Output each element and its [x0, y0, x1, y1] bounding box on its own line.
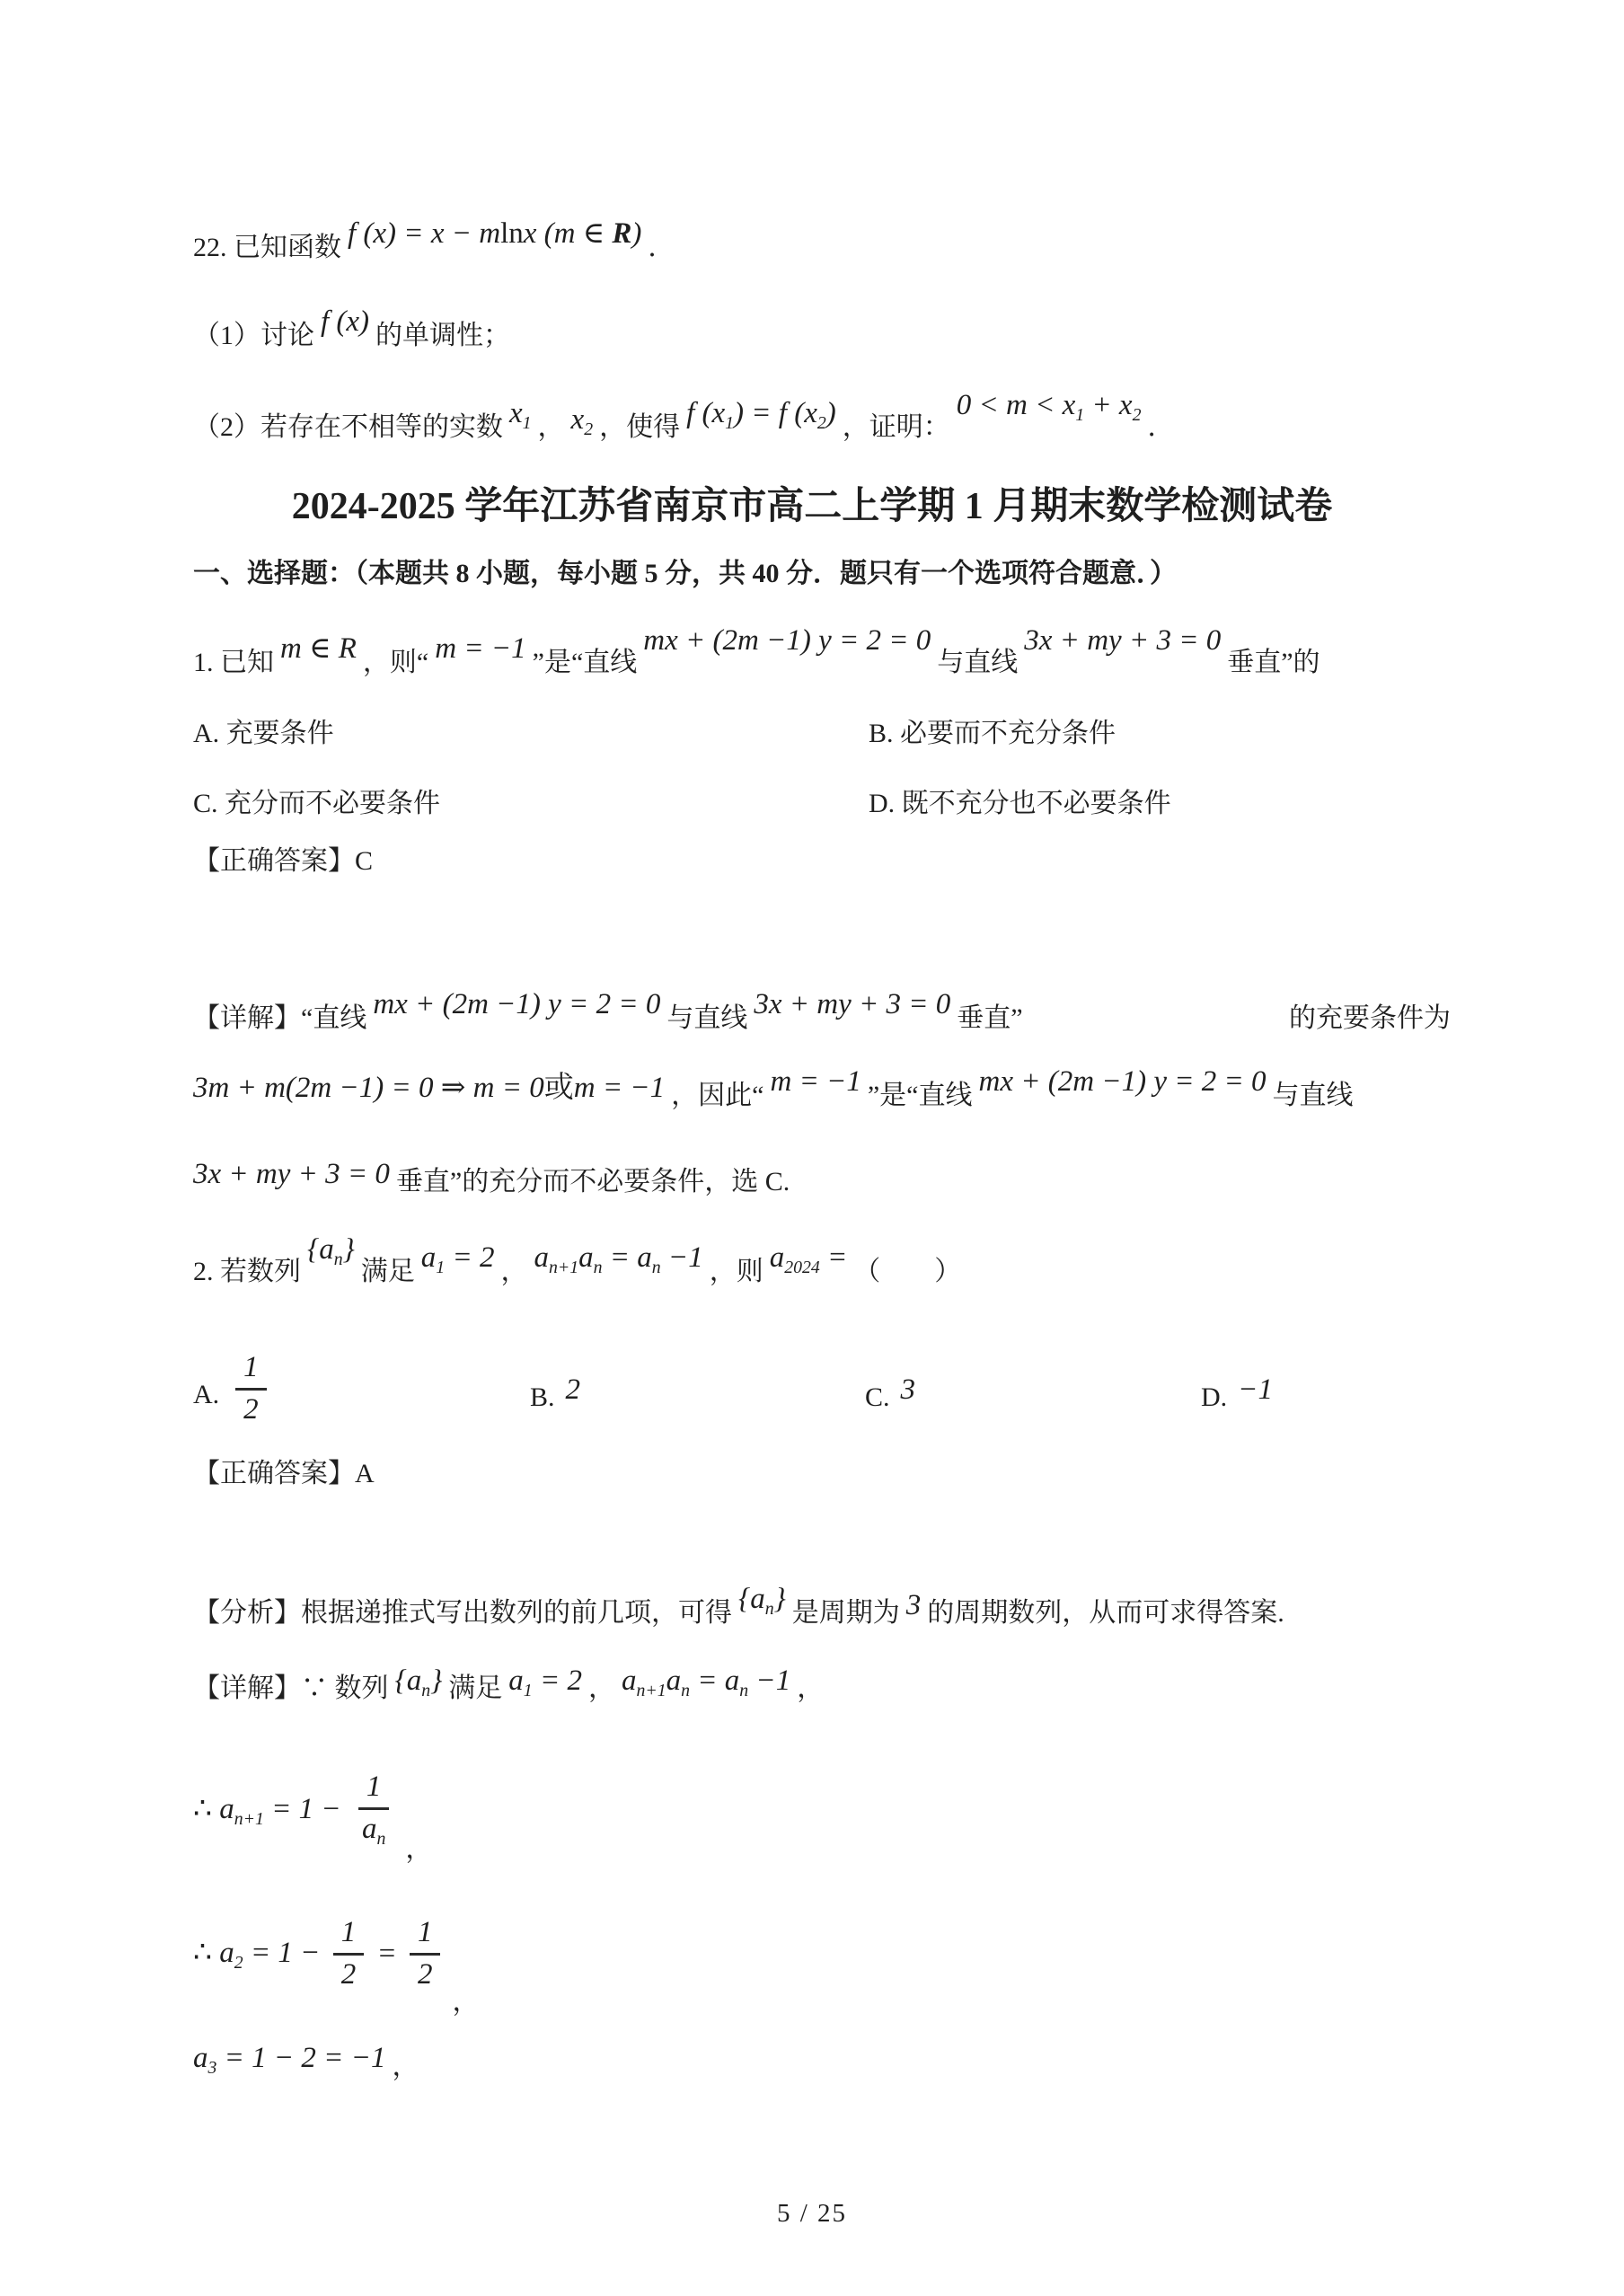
q1-solution-l2a: ，因此“ — [671, 1081, 763, 1110]
q2-analysis-line: 【分析】根据递推式写出数列的前几项，可得{an}是周期为3的周期数列，从而可求得… — [193, 1592, 1451, 1636]
q2-option-b-label: B. — [530, 1382, 555, 1412]
q1-tail: 垂直”的 — [1227, 648, 1319, 677]
q2-answer-label: 【正确答案】 — [193, 1459, 355, 1488]
q1-mid1: ，则“ — [363, 648, 428, 677]
formula-option-b-2: 2 — [566, 1369, 581, 1410]
q1-answer-line: 【正确答案】C — [193, 843, 1451, 880]
q1-option-a: A. 充要条件 — [193, 715, 334, 753]
q2-option-d-label: D. — [1201, 1382, 1227, 1412]
q22-part2-text: （2）若存在不相等的实数 — [193, 412, 503, 442]
formula-line1-repeat: mx + (2m −1) y = 2 = 0 — [373, 984, 660, 1025]
q1-option-c: C. 充分而不必要条件 — [193, 785, 440, 823]
formula-x1: x1 — [509, 393, 532, 437]
q1-solution-line-1: 【详解】“直线mx + (2m −1) y = 2 = 0与直线3x + my … — [193, 997, 1451, 1038]
formula-period-3: 3 — [906, 1585, 922, 1626]
q2-analysis-mid: 是周期为 — [792, 1598, 900, 1628]
q2-comma: ， — [500, 1257, 527, 1286]
q2-mid1: 满足 — [361, 1257, 415, 1286]
formula-a1-equals-2-repeat: a1 = 2 — [508, 1660, 582, 1704]
formula-line1-repeat2: mx + (2m −1) y = 2 = 0 — [979, 1061, 1267, 1102]
q2-option-b: B.2 — [530, 1376, 587, 1417]
q1-mid2: ”是“直线 — [533, 648, 638, 677]
q1-option-b: B. 必要而不充分条件 — [869, 715, 1116, 753]
q1-solution-mid: 与直线 — [666, 1000, 747, 1038]
q2-mid2: ，则 — [710, 1257, 763, 1286]
q2-analysis-pre: 【分析】根据递推式写出数列的前几项，可得 — [193, 1598, 732, 1628]
q2-step-line-2: ∴ a2 = 1 − 12 = 12 ， — [193, 1886, 1451, 2021]
q2-options-row: A.12 B.2 C.3 D.−1 — [193, 1376, 1451, 1457]
q1-solution-post: 垂直” — [957, 1000, 1022, 1038]
q1-solution-l2c: 与直线 — [1273, 1081, 1354, 1110]
formula-recurrence-repeat: an+1an = an −1 — [622, 1660, 790, 1704]
q2-detail-mid: 满足 — [448, 1673, 502, 1703]
formula-q22-function-definition: f (x) = x − mlnx (m ∈ R) — [348, 213, 641, 254]
q22-part2-mid: ，使得 — [599, 412, 680, 442]
q22-part1-text: （1）讨论 — [193, 321, 314, 350]
q2-stem-line: 2. 若数列{an}满足a1 = 2，an+1an = an −1，则a2024… — [193, 1250, 1451, 1294]
q2-detail-comma: ， — [588, 1673, 615, 1703]
q22-part1-tail: 的单调性； — [375, 321, 510, 350]
q2-analysis-post: 的周期数列，从而可求得答案. — [927, 1598, 1284, 1628]
formula-a2-value: ∴ a2 = 1 − 12 = 12 — [193, 1916, 446, 1992]
q2-step1-comma: ， — [405, 1831, 432, 1868]
formula-line2: 3x + my + 3 = 0 — [1024, 620, 1221, 661]
formula-line2-repeat: 3x + my + 3 = 0 — [754, 984, 950, 1025]
q1-answer-label: 【正确答案】 — [193, 846, 355, 876]
q2-detail-pre: 【详解】∵ 数列 — [193, 1673, 389, 1703]
q1-mid3: 与直线 — [937, 648, 1018, 677]
q22-part2-comma: ， — [538, 412, 565, 442]
q1-answer-value: C — [355, 846, 373, 876]
q1-solution-right-text: 的充要条件为 — [1289, 1000, 1451, 1038]
q22-part2-line: （2）若存在不相等的实数x1，x2，使得f (x1) = f (x2)，证明：0… — [193, 406, 1451, 450]
q1-solution-l2b: ”是“直线 — [868, 1081, 973, 1110]
formula-sequence-an: {an} — [307, 1229, 355, 1273]
q1-solution-conclusion: 垂直”的充分而不必要条件，选 C. — [396, 1167, 790, 1197]
q2-step-line-1: ∴ an+1 = 1 − 1an ， — [193, 1752, 1451, 1868]
formula-fx1-equals-fx2: f (x1) = f (x2) — [686, 393, 836, 437]
formula-a1-equals-2: a1 = 2 — [421, 1237, 495, 1281]
formula-m-equals-neg1: m = −1 — [435, 628, 525, 669]
q1-solution-pre: 【详解】“直线 — [193, 1000, 366, 1038]
q22-part1-line: （1）讨论f (x)的单调性； — [193, 314, 1451, 356]
q2-answer-value: A — [355, 1459, 375, 1488]
formula-a3-value: a3 = 1 − 2 = −1 — [193, 2037, 385, 2081]
q2-detail-end: ， — [797, 1673, 824, 1703]
formula-recurrence: an+1an = an −1 — [534, 1237, 702, 1281]
q2-option-c: C.3 — [865, 1376, 922, 1417]
q1-solution-line-2: 3m + m(2m −1) = 0 ⇒ m = 0或m = −1，因此“m = … — [193, 1074, 1451, 1116]
q2-step3-comma: ， — [392, 2048, 419, 2086]
formula-option-a-half: 12 — [230, 1351, 272, 1427]
formula-inequality: 0 < m < x1 + x2 — [957, 384, 1142, 428]
q1-options-row-1: A. 充要条件 B. 必要而不充分条件 — [193, 715, 1451, 760]
q2-step-line-3: a3 = 1 − 2 = −1 ， — [193, 2032, 1451, 2086]
q22-number-text: 22. 已知函数 — [193, 233, 341, 262]
q2-answer-paren: （ ） — [853, 1257, 961, 1286]
q1-number-text: 1. 已知 — [193, 648, 274, 677]
q2-option-a-label: A. — [193, 1380, 219, 1409]
formula-m-in-R: m ∈ R — [280, 628, 357, 669]
q2-option-a: A.12 — [193, 1376, 278, 1454]
formula-option-c-3: 3 — [901, 1369, 916, 1410]
q22-part2-period: ． — [1147, 412, 1174, 442]
q22-stem-line: 22. 已知函数f (x) = x − mlnx (m ∈ R)． — [193, 226, 1451, 268]
q2-detail-line: 【详解】∵ 数列{an}满足a1 = 2，an+1an = an −1， — [193, 1667, 1451, 1711]
q1-option-d: D. 既不充分也不必要条件 — [869, 785, 1171, 823]
formula-an-plus-1: ∴ an+1 = 1 − 1an — [193, 1771, 399, 1850]
q2-option-c-label: C. — [865, 1382, 890, 1412]
q1-stem-line: 1. 已知m ∈ R，则“m = −1”是“直线mx + (2m −1) y =… — [193, 641, 1451, 683]
q22-part2-prove: ，证明： — [843, 412, 950, 442]
formula-fx: f (x) — [321, 301, 369, 342]
formula-line2-repeat2: 3x + my + 3 = 0 — [193, 1153, 390, 1195]
formula-option-d-neg1: −1 — [1238, 1369, 1273, 1410]
page-number: 5 / 25 — [0, 2199, 1624, 2229]
document-page: 22. 已知函数f (x) = x − mlnx (m ∈ R)． （1）讨论f… — [0, 0, 1624, 2296]
q2-number-text: 2. 若数列 — [193, 1257, 301, 1286]
paper-title: 2024-2025 学年江苏省南京市高二上学期 1 月期末数学检测试卷 — [0, 476, 1624, 530]
q2-step2-comma: ， — [452, 1983, 479, 2021]
formula-line1: mx + (2m −1) y = 2 = 0 — [643, 620, 931, 661]
q22-period: ． — [648, 233, 675, 262]
formula-perpendicular-condition: 3m + m(2m −1) = 0 ⇒ m = 0或m = −1 — [193, 1067, 665, 1108]
formula-a2024: a2024 = — [770, 1237, 848, 1281]
formula-x2: x2 — [571, 399, 594, 443]
q1-options-row-2: C. 充分而不必要条件 D. 既不充分也不必要条件 — [193, 785, 1451, 830]
q2-answer-line: 【正确答案】A — [193, 1455, 1451, 1493]
section-header: 一、选择题：（本题共 8 小题，每小题 5 分，共 40 分．题只有一个选项符合… — [193, 555, 1451, 593]
formula-m-equals-neg1-repeat: m = −1 — [770, 1061, 861, 1102]
formula-sequence-an-repeat: {an} — [738, 1578, 786, 1622]
formula-sequence-an-repeat2: {an} — [395, 1660, 443, 1704]
q2-option-d: D.−1 — [1201, 1376, 1279, 1417]
q1-solution-line-3: 3x + my + 3 = 0垂直”的充分而不必要条件，选 C. — [193, 1161, 1451, 1202]
